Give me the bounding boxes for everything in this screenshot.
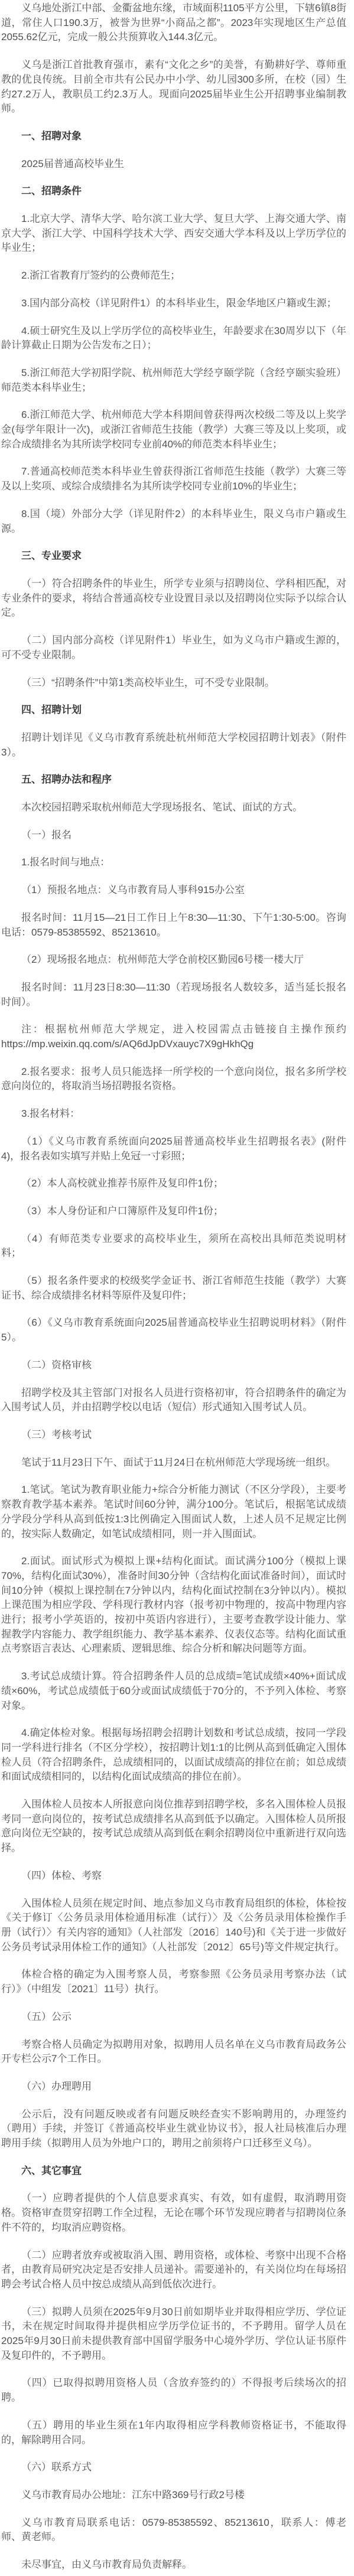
- paragraph: （四）已取得拟聘用资格人员（含放弃签约的）不得报考后续场次的招聘。: [1, 2376, 346, 2405]
- paragraph: 报名时间：11月23日8:30—11:30（若现场报名人数较多，适当延长报名时间…: [1, 980, 346, 1009]
- paragraph: （二）国内部分高校（详见附件1）毕业生，如为义乌市户籍或生源的，可不受专业限制。: [1, 633, 346, 662]
- paragraph: 笔试于11月23日下午、面试于11月24日在杭州师范大学现场统一组织。: [1, 1456, 346, 1470]
- paragraph: （3）本人身份证和户口簿原件及复印件1份；: [1, 1204, 346, 1219]
- paragraph: （一）应聘者提供的个人信息要求真实、有效，如有虚假，取消聘用资格。资格审查贯穿招…: [1, 2191, 346, 2235]
- paragraph: 入围体检人员按本人所报意向岗位推荐到招聘学校，多名入围体检人员报考同一意向岗位的…: [1, 1797, 346, 1856]
- paragraph: 注：根据杭州师范大学规定，进入校园需点击链接自主操作预约https://mp.w…: [1, 1022, 346, 1051]
- paragraph: 2.报名要求：报考人员只能选择一所学校的一个意向岗位，报名多所学校意向岗位的，将…: [1, 1065, 346, 1094]
- paragraph: 2025届普通高校毕业生: [1, 157, 346, 172]
- paragraph: （五）公示: [1, 2010, 346, 2025]
- paragraph: （六）联系方式: [1, 2460, 346, 2475]
- section-heading: 三、专业要求: [1, 549, 346, 564]
- paragraph: 入围体检人员须在规定时间、地点参加义乌市教育局组织的体检，体检按《关于修订〈公务…: [1, 1897, 346, 1955]
- paragraph: 6.浙江师范大学、杭州师范大学本科期间曾获得两次校级二等及以上奖学金(每学年限计…: [1, 408, 346, 452]
- paragraph: 1.北京大学、清华大学、哈尔滨工业大学、复旦大学、上海交通大学、南京大学、浙江大…: [1, 212, 346, 256]
- paragraph: 义乌市教育局办公地址：江东中路369号行政2号楼: [1, 2488, 346, 2503]
- paragraph: 8.国（境）外部分大学（详见附件2）的本科毕业生，限义乌市户籍或生源。: [1, 507, 346, 536]
- paragraph: 公示后，没有问题反映或者有问题反映经查实不影响聘用的，办理签约（聘用）手续，并签…: [1, 2107, 346, 2151]
- paragraph: （五）聘用的毕业生须在1年内取得相应学科教师资格证书，不能取得的，解除聘用合同。: [1, 2418, 346, 2447]
- paragraph: （四）体检、考察: [1, 1869, 346, 1884]
- paragraph: 2.浙江省教育厅签约的公费师范生；: [1, 269, 346, 283]
- paragraph: （1）预报名地点：义乌市教育局人事科915办公室: [1, 883, 346, 898]
- paragraph: （二）应聘者放弃或被取消入围、聘用资格，或体检、考察中出现不合格者，由教育局研究…: [1, 2248, 346, 2292]
- paragraph: （一）报名: [1, 828, 346, 843]
- paragraph: （三）“招聘条件”中第1类高校毕业生，可不受专业限制。: [1, 676, 346, 691]
- paragraph: （6）《义乌市教育系统面向2025届普通高校毕业生招聘说明材料》（附件5）。: [1, 1316, 346, 1345]
- paragraph: 考察合格人员确定为拟聘用对象，拟聘用人员名单在义乌市教育局政务公开专栏公示7个工…: [1, 2038, 346, 2067]
- paragraph: （2）本人高校就业推荐书原件及复印件1份；: [1, 1176, 346, 1191]
- paragraph: （2）现场报名地点：杭州师范大学仓前校区勤园6号楼一楼大厅: [1, 953, 346, 967]
- paragraph: 本次校园招聘采取杭州师范大学现场报名、笔试、面试的方式。: [1, 800, 346, 815]
- announcement-document: 义乌地处浙江中部、金衢盆地东缘，市域面积1105平方公里，下辖6镇8街道，常住人…: [0, 0, 354, 2576]
- paragraph: 1.报名时间与地点：: [1, 855, 346, 870]
- section-heading: 五、招聘办法和程序: [1, 773, 346, 787]
- paragraph: 7.普通高校师范类本科毕业生曾获得浙江省师范生技能（教学）大赛三等及以上奖项、或…: [1, 465, 346, 493]
- paragraph: 报名时间：11月15—21日工作日上午8:30—11:30、下午1:30-5:0…: [1, 911, 346, 940]
- paragraph: 3.报名材料：: [1, 1107, 346, 1122]
- paragraph: （4）有师范类专业要求的高校毕业生，须所在高校出具师范类说明材料；: [1, 1232, 346, 1261]
- paragraph: （二）资格审核: [1, 1358, 346, 1373]
- paragraph: 未尽事宜，由义乌市教育局负责解释。: [1, 2558, 346, 2572]
- paragraph: （三）考核考试: [1, 1428, 346, 1443]
- paragraph: 招聘计划详见《义乌市教育系统赴杭州师范大学校园招聘计划表》（附件3）。: [1, 731, 346, 760]
- paragraph: 1.笔试。笔试为教育职业能力+综合分析能力测试（不区分学段），主要考察教育教学基…: [1, 1483, 346, 1541]
- paragraph: 3.国内部分高校（详见附件1）的本科毕业生，限金华地区户籍或生源；: [1, 296, 346, 311]
- section-heading: 四、招聘计划: [1, 703, 346, 718]
- paragraph: （三）拟聘人员须在2025年9月30日前如期毕业并取得相应学历、学位证书，未在规…: [1, 2305, 346, 2363]
- paragraph: 4.硕士研究生及以上学历学位的高校毕业生，年龄要求在30周岁以下（年龄计算截止日…: [1, 324, 346, 353]
- section-heading: 一、招聘对象: [1, 129, 346, 144]
- paragraph: 义乌地处浙江中部、金衢盆地东缘，市域面积1105平方公里，下辖6镇8街道，常住人…: [1, 1, 346, 45]
- paragraph: 4.确定体检对象。根据每场招聘会招聘计划数和考试总成绩，按同一学段同一学科进行排…: [1, 1726, 346, 1784]
- paragraph: 招聘学校及其主管部门对报名人员进行资格初审，符合招聘条件的确定为入围考试人员，并…: [1, 1386, 346, 1415]
- paragraph: 3.考试总成绩计算。符合招聘条件人员的总成绩=笔试成绩×40%+面试成绩×60%…: [1, 1669, 346, 1713]
- section-heading: 二、招聘条件: [1, 184, 346, 199]
- paragraph: （六）办理聘用: [1, 2080, 346, 2094]
- paragraph: 义乌是浙江首批教育强市，素有“文化之乡”的美誉，有勤耕好学、尊师重教的优良传统。…: [1, 58, 346, 116]
- paragraph: （5）报名条件要求的校级奖学金证书、浙江省师范生技能（教学）大赛证书、综合成绩排…: [1, 1274, 346, 1303]
- paragraph: 5.浙江师范大学初阳学院、杭州师范大学经亨颐学院（含经亨颐实验班）师范类本科毕业…: [1, 366, 346, 395]
- paragraph: 2.面试。面试形式为模拟上课+结构化面试。面试满分100分（模拟上课70%，结构…: [1, 1554, 346, 1656]
- paragraph: 体检合格的确定为入围考察人员，考察参照《公务员录用考察办法（试行）》（中组发〔2…: [1, 1967, 346, 1996]
- paragraph: （一）符合招聘条件的毕业生，所学专业须与招聘岗位、学科相匹配，对专业条件的要求，…: [1, 577, 346, 620]
- paragraph: 义乌市教育局联系电话：0579-85385592、85213610，联系人：傅老…: [1, 2516, 346, 2545]
- section-heading: 六、其它事宜: [1, 2164, 346, 2179]
- paragraph: （1）《义乌市教育系统面向2025届普通高校毕业生招聘报名表》(附件4)，报名表…: [1, 1135, 346, 1163]
